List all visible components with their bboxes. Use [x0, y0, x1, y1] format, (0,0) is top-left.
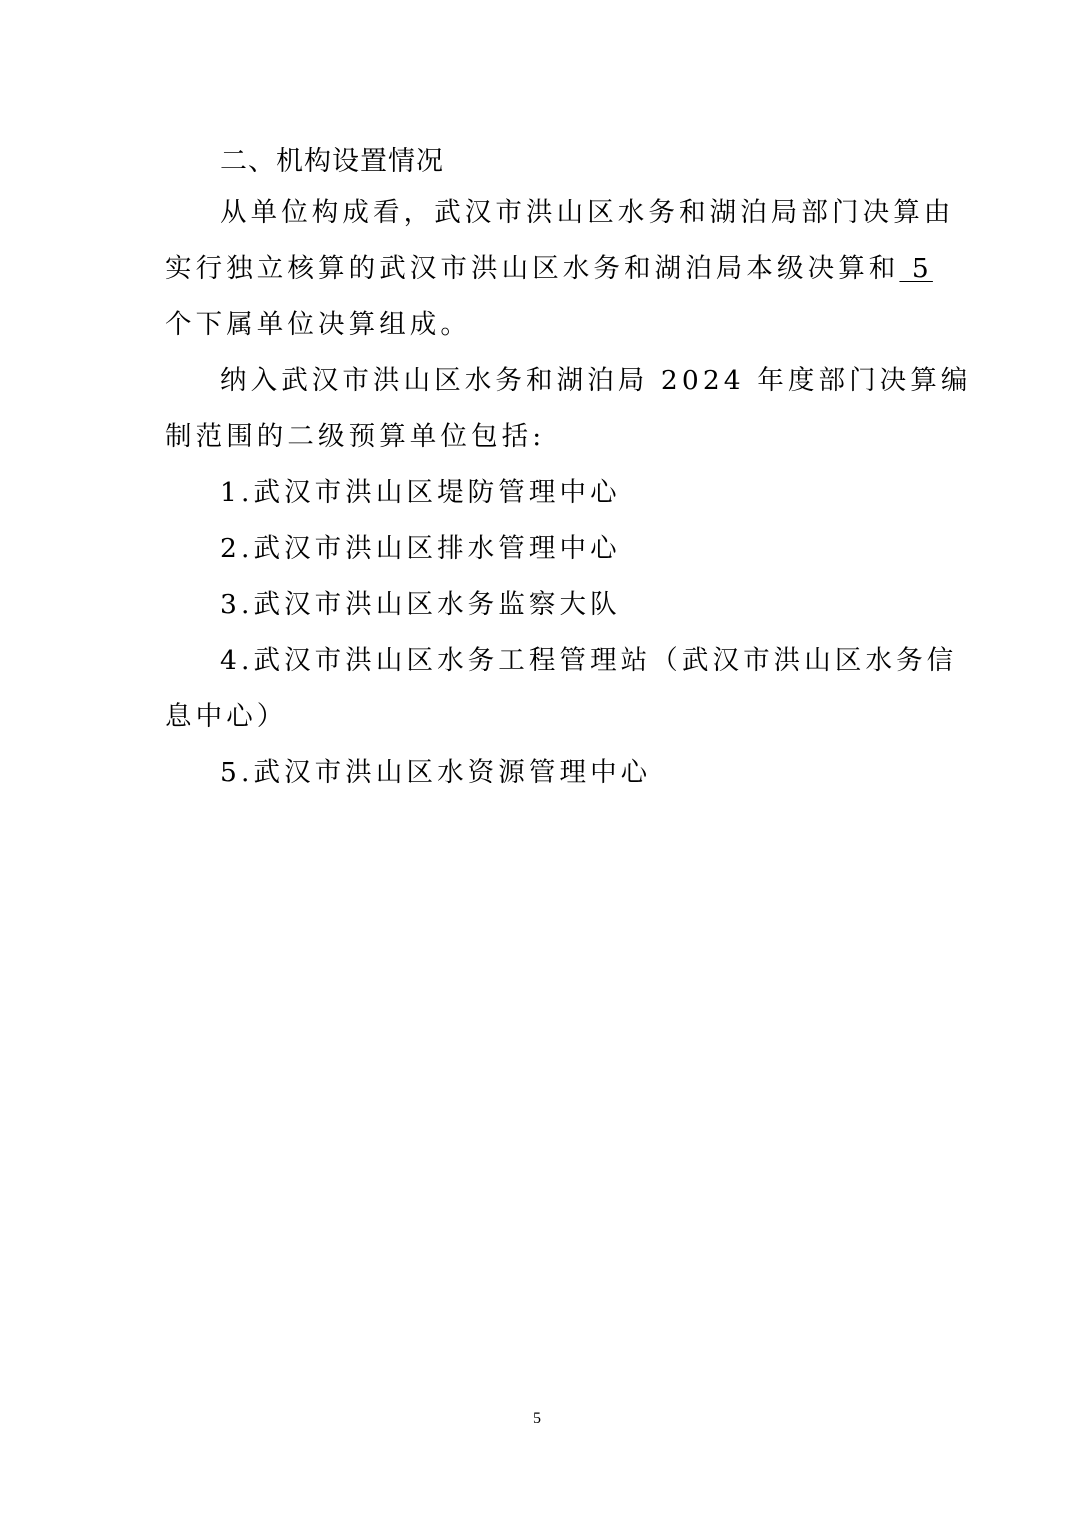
- page-number: 5: [0, 1410, 1074, 1428]
- section-heading: 二、机构设置情况: [220, 146, 970, 178]
- unit-item-2: 2.武汉市洪山区排水管理中心: [220, 533, 970, 565]
- unit-item-1: 1.武汉市洪山区堤防管理中心: [220, 477, 970, 509]
- paragraph-1-line-2-text: 实行独立核算的武汉市洪山区水务和湖泊局本级决算和: [165, 253, 899, 284]
- unit-item-4: 4.武汉市洪山区水务工程管理站（武汉市洪山区水务信: [220, 645, 970, 677]
- subordinate-unit-count: 5: [899, 253, 932, 284]
- paragraph-1-line-1: 从单位构成看，武汉市洪山区水务和湖泊局部门决算由: [220, 197, 970, 229]
- paragraph-1-line-2: 实行独立核算的武汉市洪山区水务和湖泊局本级决算和 5: [165, 253, 915, 285]
- paragraph-2-line-2: 制范围的二级预算单位包括:: [165, 421, 915, 453]
- paragraph-2-line-1: 纳入武汉市洪山区水务和湖泊局 2024 年度部门决算编: [220, 365, 970, 397]
- paragraph-1-line-3: 个下属单位决算组成。: [165, 309, 915, 341]
- unit-item-5: 5.武汉市洪山区水资源管理中心: [220, 757, 970, 789]
- unit-item-3: 3.武汉市洪山区水务监察大队: [220, 589, 970, 621]
- document-page: 二、机构设置情况 从单位构成看，武汉市洪山区水务和湖泊局部门决算由 实行独立核算…: [0, 0, 1074, 1520]
- unit-item-4-continued: 息中心）: [165, 701, 915, 733]
